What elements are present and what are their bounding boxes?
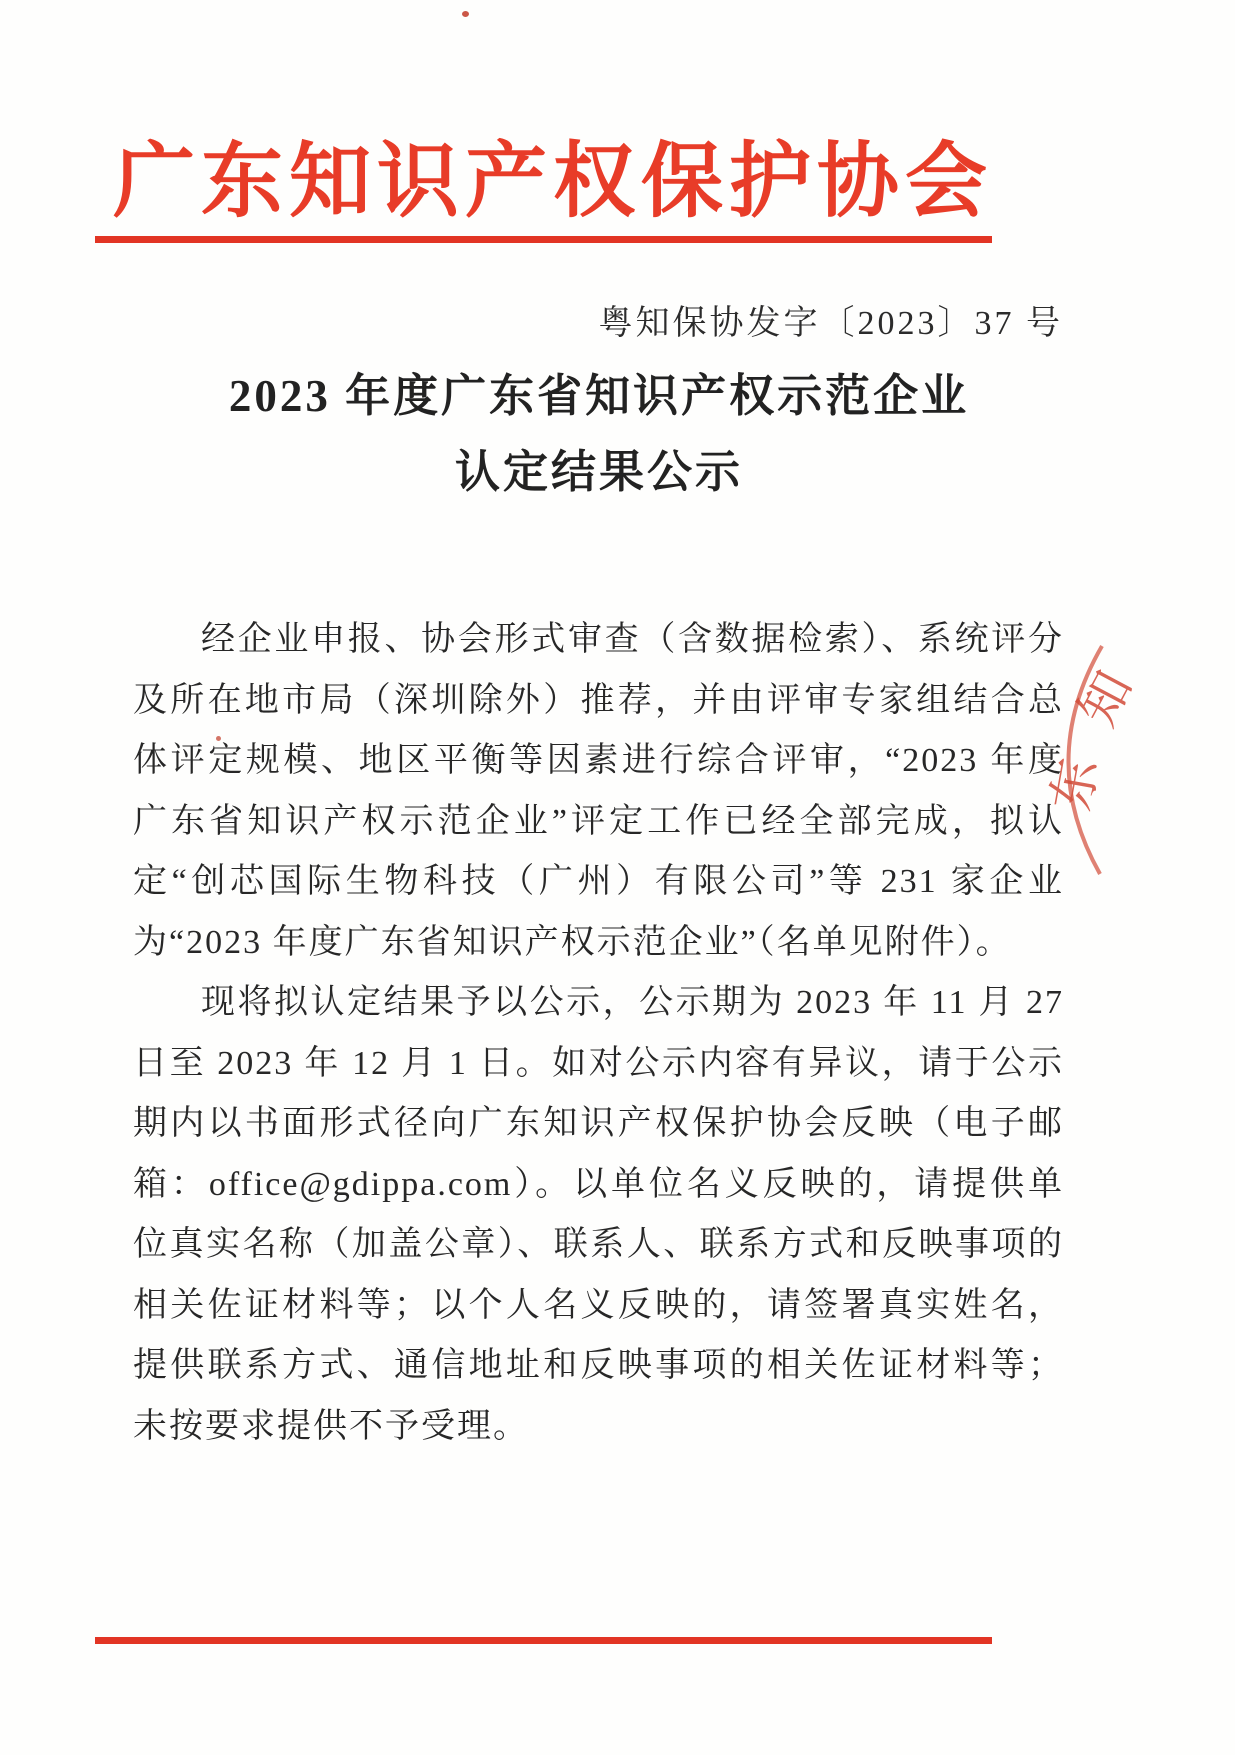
doc-body: 经企业申报、协会形式审查（含数据检索）、系统评分及所在地市局（深圳除外）推荐，并… xyxy=(133,610,1064,1457)
seal-arc xyxy=(1068,646,1102,874)
body-paragraph-1: 经企业申报、协会形式审查（含数据检索）、系统评分及所在地市局（深圳除外）推荐，并… xyxy=(133,610,1064,973)
doc-reference-number: 粤知保协发字〔2023〕37 号 xyxy=(135,295,1063,344)
red-divider-bottom xyxy=(95,1637,992,1644)
doc-title: 2023 年度广东省知识产权示范企业 认定结果公示 xyxy=(135,358,1063,510)
doc-title-line2: 认定结果公示 xyxy=(135,434,1063,510)
seal-char-1: 知 xyxy=(1069,663,1144,736)
red-divider-top xyxy=(95,236,992,243)
scanned-document-page: 广东知识产权保护协会 粤知保协发字〔2023〕37 号 2023 年度广东省知识… xyxy=(0,0,1235,1755)
body-paragraph-2: 现将拟认定结果予以公示，公示期为 2023 年 11 月 27 日至 2023 … xyxy=(133,973,1064,1457)
doc-title-line1: 2023 年度广东省知识产权示范企业 xyxy=(135,358,1063,434)
letterhead-org-name: 广东知识产权保护协会 xyxy=(108,116,998,233)
scan-artifact-speck xyxy=(462,11,469,17)
